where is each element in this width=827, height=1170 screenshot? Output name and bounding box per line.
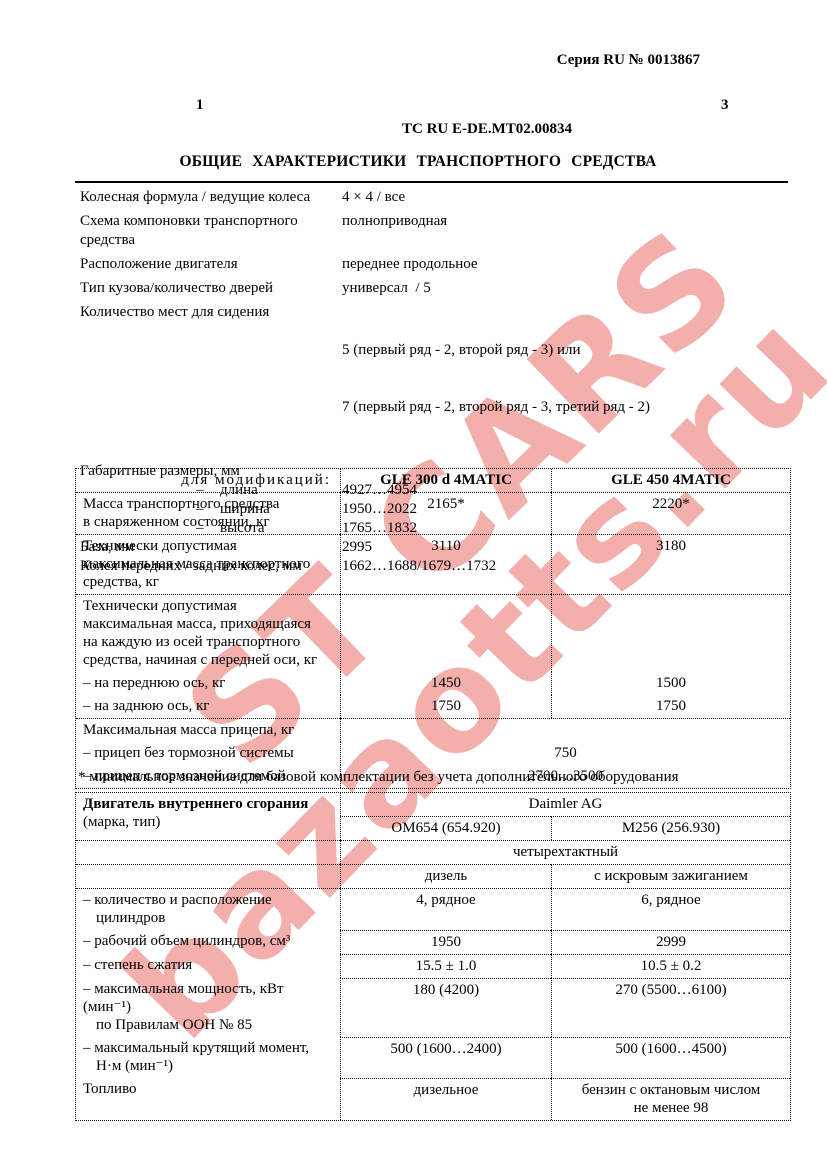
title-divider <box>75 181 788 183</box>
spec-value: универсал / 5 <box>342 279 790 298</box>
table-row-curb-mass: Масса транспортного средства в снаряженн… <box>76 492 790 534</box>
torque-gle300d: 500 (1600…2400) <box>340 1037 551 1078</box>
label-line: – количество и расположение <box>83 891 335 909</box>
engine-label: Двигатель внутреннего сгорания (марка, т… <box>76 793 340 840</box>
axle-mass-label: Технически допустимая максимальная масса… <box>76 594 340 672</box>
spec-value: переднее продольное <box>342 255 790 274</box>
table-row-cylinders: – количество и расположение цилиндров 4,… <box>76 888 790 930</box>
table-row-compression: – степень сжатия 15.5 ± 1.0 10.5 ± 0.2 <box>76 954 790 978</box>
compression-gle300d: 15.5 ± 1.0 <box>340 954 551 978</box>
trailer-unbraked-label: – прицеп без тормозной системы <box>76 742 340 765</box>
table-row-manufacturer: Двигатель внутреннего сгорания (марка, т… <box>76 793 790 816</box>
modifications-table: для модификаций: GLE 300 d 4MATIC GLE 45… <box>75 468 791 789</box>
stroke-type-value: четырехтактный <box>340 840 790 864</box>
value-line: бензин с октановым числом <box>557 1081 785 1099</box>
spec-value: полноприводная <box>342 212 790 250</box>
trailer-unbraked-value: 750 <box>340 742 790 765</box>
table-row-rear-axle: – на заднюю ось, кг 1750 1750 <box>76 695 790 718</box>
table-row-fuel: Топливо дизельное бензин с октановым чис… <box>76 1078 790 1120</box>
torque-label: – максимальный крутящий момент, Н·м (мин… <box>76 1037 340 1078</box>
page-title: ОБЩИЕ ХАРАКТЕРИСТИКИ ТРАНСПОРТНОГО СРЕДС… <box>76 153 760 171</box>
fuel-gle300d: дизельное <box>340 1078 551 1120</box>
table-row-axle-mass-intro: Технически допустимая максимальная масса… <box>76 594 790 672</box>
axle-mass-spacer <box>551 594 790 672</box>
label-line: максимальная масса транспортного <box>83 555 335 573</box>
table-row-trailer-intro: Максимальная масса прицепа, кг <box>76 718 790 742</box>
seats-option-2: 7 (первый ряд - 2, второй ряд - 3, трети… <box>342 398 790 417</box>
cylinders-gle300d: 4, рядное <box>340 888 551 930</box>
document-page: ST CARS bazaotts.ru Серия RU № 0013867 1… <box>0 0 827 1170</box>
cylinders-gle450: 6, рядное <box>551 888 790 930</box>
trailer-mass-label: Максимальная масса прицепа, кг <box>76 718 340 742</box>
power-gle450: 270 (5500…6100) <box>551 978 790 1037</box>
empty-cell <box>76 864 340 888</box>
curb-mass-gle450: 2220* <box>551 492 790 534</box>
label-line: (марка, тип) <box>83 813 335 831</box>
displacement-gle300d: 1950 <box>340 930 551 954</box>
label-line: цилиндров <box>83 909 335 927</box>
empty-cell <box>76 840 340 864</box>
table-row-displacement: – рабочий объем цилиндров, см³ 1950 2999 <box>76 930 790 954</box>
spec-row-layout-scheme: Схема компоновки транспортного средства … <box>80 212 790 250</box>
engine-model-om654: OM654 (654.920) <box>340 816 551 840</box>
front-axle-gle300d: 1450 <box>340 672 551 695</box>
spec-row-wheel-formula: Колесная формула / ведущие колеса 4 × 4 … <box>80 188 790 207</box>
label-line: Н·м (мин⁻¹) <box>83 1057 335 1075</box>
power-gle300d: 180 (4200) <box>340 978 551 1037</box>
spec-label: Количество мест для сидения <box>80 303 342 455</box>
table-row-trailer-unbraked: – прицеп без тормозной системы 750 <box>76 742 790 765</box>
label-line: в снаряженном состоянии, кг <box>83 513 335 531</box>
spec-label: Колесная формула / ведущие колеса <box>80 188 342 207</box>
table-row-front-axle: – на переднюю ось, кг 1450 1500 <box>76 672 790 695</box>
engine-table: Двигатель внутреннего сгорания (марка, т… <box>75 792 791 1121</box>
spec-row-seats: Количество мест для сидения 5 (первый ря… <box>80 303 790 455</box>
rear-axle-gle300d: 1750 <box>340 695 551 718</box>
engine-model-m256: M256 (256.930) <box>551 816 790 840</box>
label-line: средства, кг <box>83 573 335 591</box>
curb-mass-gle300d: 2165* <box>340 492 551 534</box>
label-line: Технически допустимая <box>83 537 335 555</box>
curb-mass-label: Масса транспортного средства в снаряженн… <box>76 492 340 534</box>
fuel-gle450: бензин с октановым числом не менее 98 <box>551 1078 790 1120</box>
displacement-label: – рабочий объем цилиндров, см³ <box>76 930 340 954</box>
document-content: Серия RU № 0013867 1 3 ТС RU E-DE.MT02.0… <box>0 0 827 1170</box>
label-line: Двигатель внутреннего сгорания <box>83 795 335 813</box>
compression-label: – степень сжатия <box>76 954 340 978</box>
label-line: по Правилам ООН № 85 <box>83 1016 335 1034</box>
trailer-mass-spacer <box>340 718 790 742</box>
series-number: Серия RU № 0013867 <box>557 52 700 69</box>
table-row-header: для модификаций: GLE 300 d 4MATIC GLE 45… <box>76 469 790 492</box>
front-axle-label: – на переднюю ось, кг <box>76 672 340 695</box>
spec-value: 5 (первый ряд - 2, второй ряд - 3) или 7… <box>342 303 790 455</box>
rear-axle-gle450: 1750 <box>551 695 790 718</box>
axle-mass-spacer <box>340 594 551 672</box>
torque-gle450: 500 (1600…4500) <box>551 1037 790 1078</box>
cylinders-label: – количество и расположение цилиндров <box>76 888 340 930</box>
modification-column-gle450: GLE 450 4MATIC <box>551 469 790 492</box>
spec-label: Схема компоновки транспортного средства <box>80 212 342 250</box>
label-line: – максимальная мощность, кВт (мин⁻¹) <box>83 980 335 1016</box>
rear-axle-label: – на заднюю ось, кг <box>76 695 340 718</box>
seats-option-1: 5 (первый ряд - 2, второй ряд - 3) или <box>342 341 790 360</box>
table-row-combustion: дизель с искровым зажиганием <box>76 864 790 888</box>
compression-gle450: 10.5 ± 0.2 <box>551 954 790 978</box>
approval-number: ТС RU E-DE.MT02.00834 <box>160 121 814 138</box>
displacement-gle450: 2999 <box>551 930 790 954</box>
label-line: – максимальный крутящий момент, <box>83 1039 335 1057</box>
value-line: не менее 98 <box>557 1099 785 1117</box>
page-number-left: 1 <box>196 97 204 114</box>
table-row-stroke-type: четырехтактный <box>76 840 790 864</box>
spec-row-engine-position: Расположение двигателя переднее продольн… <box>80 255 790 274</box>
spec-label: Тип кузова/количество дверей <box>80 279 342 298</box>
max-mass-gle450: 3180 <box>551 534 790 594</box>
label-line: Технически допустимая <box>83 597 335 615</box>
modification-column-gle300d: GLE 300 d 4MATIC <box>340 469 551 492</box>
power-label: – максимальная мощность, кВт (мин⁻¹) по … <box>76 978 340 1037</box>
spec-value: 4 × 4 / все <box>342 188 790 207</box>
max-mass-label: Технически допустимая максимальная масса… <box>76 534 340 594</box>
combustion-diesel: дизель <box>340 864 551 888</box>
spec-label: Расположение двигателя <box>80 255 342 274</box>
spec-row-body-type: Тип кузова/количество дверей универсал /… <box>80 279 790 298</box>
label-line: средства, начиная с передней оси, кг <box>83 651 335 669</box>
table-row-max-mass: Технически допустимая максимальная масса… <box>76 534 790 594</box>
front-axle-gle450: 1500 <box>551 672 790 695</box>
modifications-corner-label: для модификаций: <box>76 469 340 492</box>
max-mass-gle300d: 3110 <box>340 534 551 594</box>
fuel-label: Топливо <box>76 1078 340 1120</box>
footnote: * минимальное значение для базовой компл… <box>78 769 788 786</box>
table-row-torque: – максимальный крутящий момент, Н·м (мин… <box>76 1037 790 1078</box>
engine-manufacturer: Daimler AG <box>340 793 790 816</box>
table-row-power: – максимальная мощность, кВт (мин⁻¹) по … <box>76 978 790 1037</box>
label-line: на каждую из осей транспортного <box>83 633 335 651</box>
label-line: Масса транспортного средства <box>83 495 335 513</box>
label-line: максимальная масса, приходящаяся <box>83 615 335 633</box>
page-number-right: 3 <box>721 97 729 114</box>
combustion-spark: с искровым зажиганием <box>551 864 790 888</box>
